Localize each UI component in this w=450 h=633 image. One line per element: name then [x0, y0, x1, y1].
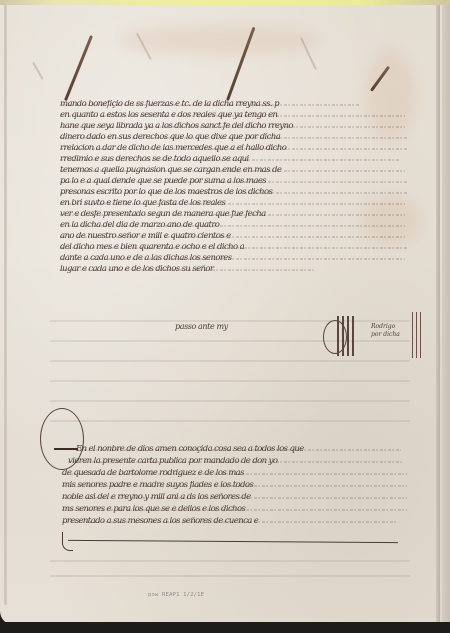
text-line: lugar e cada uno e de los dichos su seño…	[60, 265, 315, 273]
stain-top	[120, 25, 320, 55]
text-line: dinero dado en sus derechos que lo que d…	[60, 133, 408, 141]
text-line: mis senores padre e madre suyos fiades e…	[62, 481, 407, 489]
text-line: presentado a sus mesones a los señores d…	[62, 517, 397, 525]
bleed-through-line	[50, 420, 410, 422]
page-edge-outer	[442, 5, 450, 625]
text-line: mando bonefiçio de ss fuerzas e tc. de l…	[60, 100, 360, 108]
text-line: del dicho mes e bien quarenta e ocho e e…	[60, 243, 408, 251]
bleed-through-line	[50, 400, 410, 402]
text-line: de quesada de bartolome rodriguez e de l…	[62, 469, 407, 477]
catalog-stamp: pow REAP1 1/2/1E	[148, 592, 204, 598]
text-line: noble asi del e rreyno y mill ani a ds l…	[62, 493, 407, 501]
text-line: presonas escrito por lo que de los maest…	[60, 188, 408, 196]
text-line: ano de nuestro señor e mill e quatro cie…	[60, 232, 405, 240]
page-edge-right	[436, 5, 440, 625]
text-line: vieren la presente carta publica por man…	[68, 457, 403, 465]
scan-bottom-shadow	[0, 622, 450, 633]
text-line: pa lo e a qual dende que se puede por su…	[60, 177, 408, 185]
bleed-through-line	[50, 575, 410, 577]
text-line: rredimio e sus derechos se de todo aquel…	[60, 155, 400, 163]
text-line: en quanto a estos los sesenta e dos real…	[60, 111, 405, 119]
text-line: tenemos a quella pugnasion que se cargan…	[60, 166, 405, 174]
attestation-text: passo ante my	[175, 322, 228, 331]
text-line: En el nonbre de dios amen conoçida cosa …	[76, 445, 401, 453]
bleed-through-line	[50, 380, 410, 382]
binding-gutter	[4, 5, 7, 605]
text-line: dante a cada uno e de a las dichas los s…	[60, 254, 405, 262]
rubric-right-icon	[410, 312, 424, 360]
rubric-strokes-icon	[335, 316, 361, 358]
bleed-through-line	[50, 560, 410, 562]
text-line: en la dicha del dia de marzo ano de quat…	[60, 221, 405, 229]
closing-flourish-icon	[62, 532, 73, 551]
notary-signature: passo ante my Rodrigo por dicha	[175, 308, 415, 368]
initial-crossbar	[54, 448, 78, 450]
text-line: ver e desfe presentado segun de manera q…	[60, 210, 405, 218]
text-line: ms senores e para los que se e dellos e …	[62, 505, 407, 513]
text-line: rrelacion a dar de dicho de las mercedes…	[60, 144, 408, 152]
text-line: en bri suvto e tiene lo que fasta de los…	[60, 199, 405, 207]
text-line: hane que seya librada ya a los dichos sa…	[60, 122, 405, 130]
